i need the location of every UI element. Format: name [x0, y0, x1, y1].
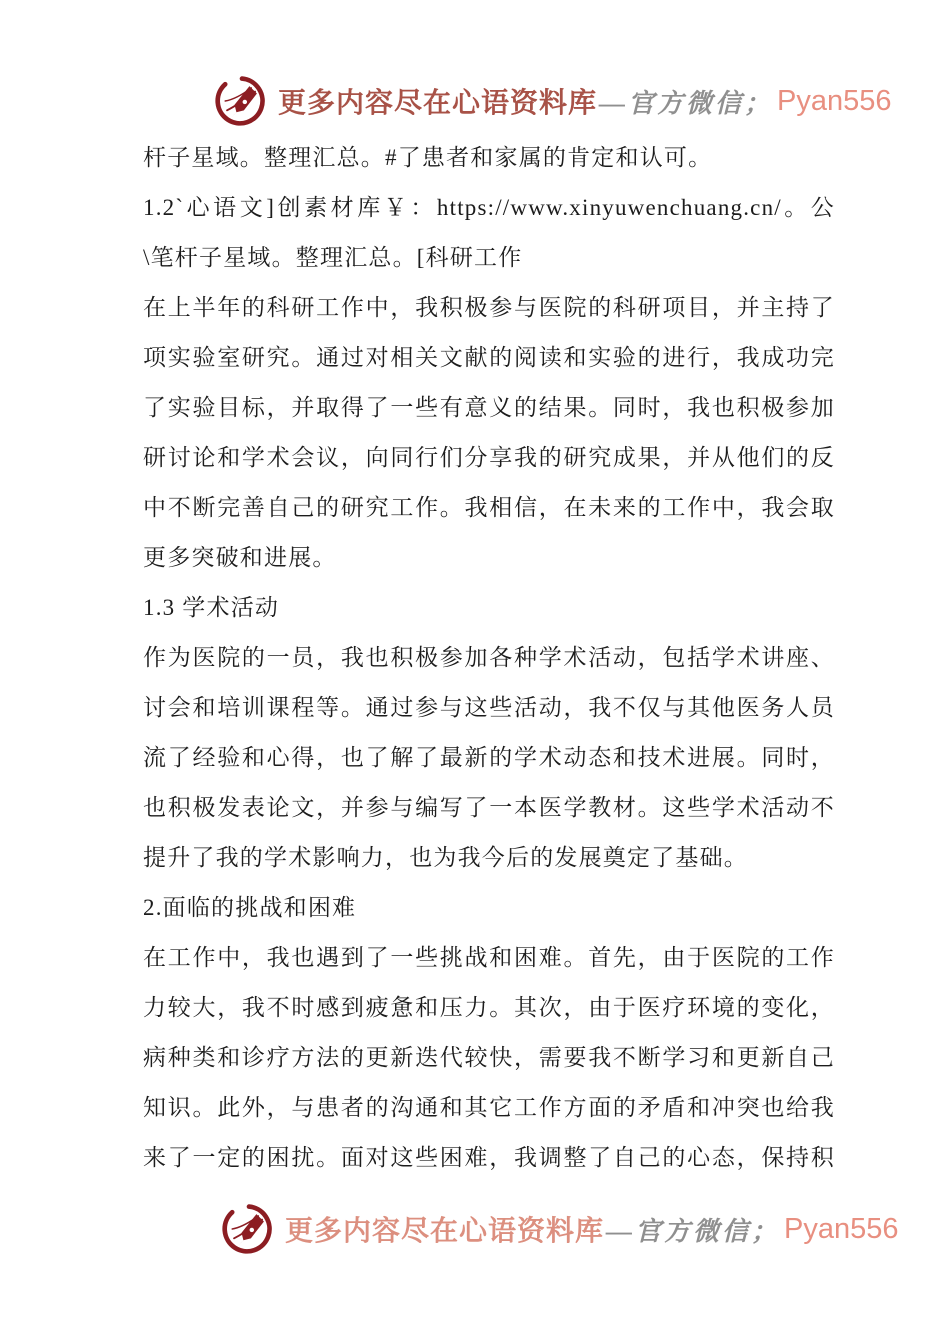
text-line: 在上半年的科研工作中，我积极参与医院的科研项目，并主持了一	[143, 283, 835, 333]
footer-brand-text: 更多内容尽在心语资料库	[285, 1209, 604, 1249]
text-line: 更多突破和进展。	[143, 533, 835, 583]
pen-nib-circle-logo-icon	[214, 72, 270, 130]
text-line: 讨会和培训课程等。通过参与这些活动，我不仅与其他医务人员交	[143, 683, 835, 733]
text-line: 作为医院的一员，我也积极参加各种学术活动，包括学术讲座、研	[143, 633, 835, 683]
text-line: 在工作中，我也遇到了一些挑战和困难。首先，由于医院的工作压	[143, 933, 835, 983]
header-wechat-id: Pyan556	[777, 85, 892, 118]
text-line: \笔杆子星域。整理汇总。[科研工作	[143, 233, 835, 283]
text-line: 1.3 学术活动	[143, 583, 835, 633]
header-wechat-label: —官方微信；	[599, 83, 773, 120]
text-line: 也积极发表论文，并参与编写了一本医学教材。这些学术活动不仅	[143, 783, 835, 833]
text-line: 项实验室研究。通过对相关文献的阅读和实验的进行，我成功完成	[143, 333, 835, 383]
document-page: 更多内容尽在心语资料库 —官方微信； Pyan556 杆子星域。整理汇总。#了患…	[0, 0, 950, 1344]
text-line: 杆子星域。整理汇总。#了患者和家属的肯定和认可。	[143, 133, 835, 183]
header-watermark: 更多内容尽在心语资料库 —官方微信； Pyan556	[214, 72, 892, 130]
text-line: 流了经验和心得，也了解了最新的学术动态和技术进展。同时，我	[143, 733, 835, 783]
document-body: 杆子星域。整理汇总。#了患者和家属的肯定和认可。1.2`心语文]创素材库￥：ht…	[143, 133, 835, 1183]
text-line: 来了一定的困扰。面对这些困难，我调整了自己的心态，保持积极	[143, 1133, 835, 1183]
text-line: 研讨论和学术会议，向同行们分享我的研究成果，并从他们的反馈	[143, 433, 835, 483]
footer-wechat-id: Pyan556	[784, 1213, 899, 1246]
text-line: 了实验目标，并取得了一些有意义的结果。同时，我也积极参加科	[143, 383, 835, 433]
footer-watermark: 更多内容尽在心语资料库 —官方微信； Pyan556	[221, 1200, 899, 1258]
header-brand-text: 更多内容尽在心语资料库	[278, 81, 597, 121]
pen-nib-circle-logo-icon	[221, 1200, 277, 1258]
text-line: 病种类和诊疗方法的更新迭代较快，需要我不断学习和更新自己的	[143, 1033, 835, 1083]
text-line: 2.面临的挑战和困难	[143, 883, 835, 933]
footer-wechat-label: —官方微信；	[606, 1211, 780, 1248]
text-line: 中不断完善自己的研究工作。我相信，在未来的工作中，我会取得	[143, 483, 835, 533]
text-line: 1.2`心语文]创素材库￥：https://www.xinyuwenchuang…	[143, 183, 835, 233]
text-line: 知识。此外，与患者的沟通和其它工作方面的矛盾和冲突也给我带	[143, 1083, 835, 1133]
text-line: 力较大，我不时感到疲惫和压力。其次，由于医疗环境的变化，疾	[143, 983, 835, 1033]
text-line: 提升了我的学术影响力，也为我今后的发展奠定了基础。	[143, 833, 835, 883]
